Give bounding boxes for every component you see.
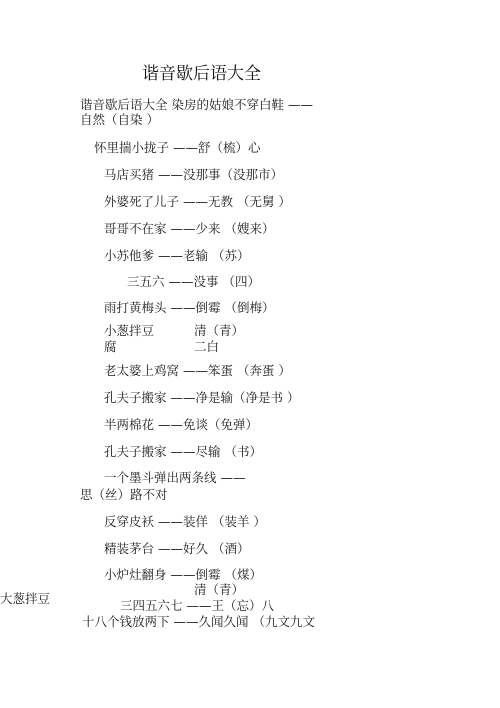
proverb-line: 半两棉花 ——免谈（免弹） [104, 417, 258, 432]
proverb-line: 老太婆上鸡窝 ——笨蛋 （奔蛋 ） [104, 363, 291, 378]
proverb-line: 三五六 ——没事 （四） [127, 274, 260, 289]
proverb-line: 谐音歇后语大全 染房的姑娘不穿白鞋 —— [80, 97, 313, 112]
proverb-line: 怀里揣小拢子 ——舒（梳）心 [94, 140, 260, 155]
proverb-line: 小苏他爹 ——老输 （苏） [104, 248, 249, 263]
proverb-line: 大葱拌豆 [0, 591, 50, 606]
proverb-line: 雨打黄梅头 ——倒霉 （倒梅） [104, 300, 274, 315]
proverb-line: 三四五六七 ——王（忘）八 [120, 598, 274, 613]
proverb-line: 一个墨斗弹出两条线 —— [104, 470, 245, 485]
proverb-line: 思（丝）路不对 [80, 487, 168, 502]
document-page: 谐音歇后语大全 谐音歇后语大全 染房的姑娘不穿白鞋 ——自然（自染 ）怀里揣小拢… [0, 0, 500, 708]
proverb-line: 马店买猪 ——没那事（没那市） [104, 167, 283, 182]
proverb-line: 清（青） [194, 323, 244, 338]
proverb-line: 哥哥不在家 ——少来 （嫂来） [104, 221, 274, 236]
proverb-line: 自然（自染 ） [80, 112, 159, 127]
proverb-line: 清（青） [194, 582, 244, 597]
proverb-line: 反穿皮袄 ——装佯 （装羊 ） [104, 514, 266, 529]
proverb-line: 二白 [194, 339, 219, 354]
proverb-line: 外婆死了儿子 ——无教 （无舅 ） [104, 194, 291, 209]
proverb-line: 十八个钱放两下 ——久闻久闻 （九文九文 [82, 614, 315, 629]
proverb-line: 小葱拌豆 [104, 323, 154, 338]
page-title: 谐音歇后语大全 [142, 64, 261, 84]
proverb-line: 精装茅台 ——好久 （酒） [104, 541, 249, 556]
proverb-line: 小炉灶翻身 ——倒霉 （煤） [104, 567, 262, 582]
proverb-line: 孔夫子搬家 ——尽输 （书） [104, 444, 262, 459]
proverb-line: 腐 [104, 339, 117, 354]
proverb-line: 孔夫子搬家 ——净是输（净是书 ） [104, 390, 299, 405]
